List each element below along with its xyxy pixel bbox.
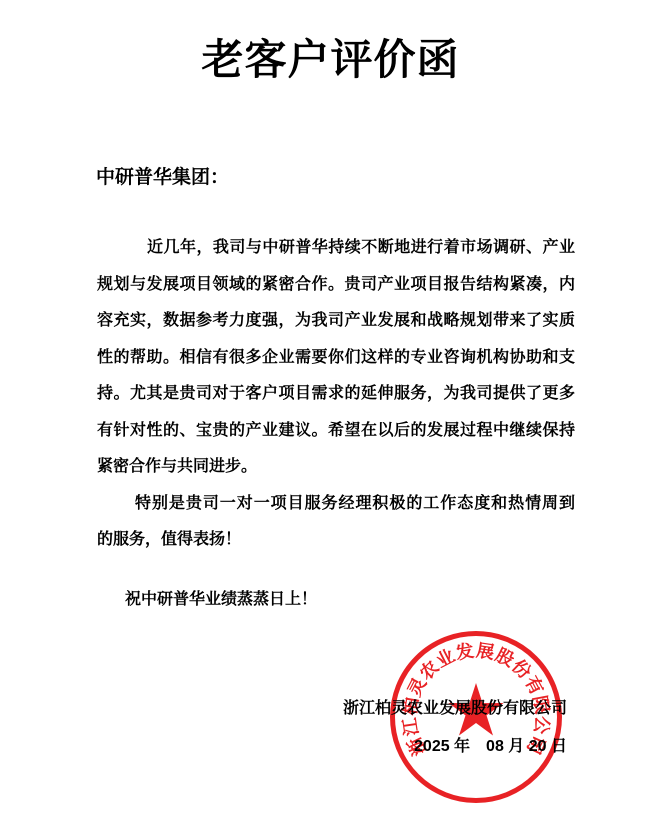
signature-block: 浙江柏灵农业发展股份有限公司 2025 年 08 月 20 日 [343,690,567,766]
body-line: 特别是贵司一对一项目服务经理积极的工作态度和热情周到 [97,486,575,523]
body-line: 性的帮助。相信有很多企业需要你们这样的专业咨询机构协助和支 [97,340,575,377]
signature-date: 2025 年 08 月 20 日 [343,728,567,766]
salutation: 中研普华集团： [96,166,229,190]
body-line: 有针对性的、宝贵的产业建议。希望在以后的发展过程中继续保持 [97,413,575,450]
body-line: 容充实，数据参考力度强，为我司产业发展和战略规划带来了实质 [97,303,575,340]
signature-company: 浙江柏灵农业发展股份有限公司 [343,690,567,728]
body-line: 规划与发展项目领域的紧密合作。贵司产业项目报告结构紧凑，内 [97,267,575,304]
body-line: 持。尤其是贵司对于客户项目需求的延伸服务，为我司提供了更多 [97,376,575,413]
closing-wish: 祝中研普华业绩蒸蒸日上！ [125,588,317,612]
body-line: 的服务，值得表扬！ [97,522,575,559]
letter-title: 老客户评价函 [0,36,661,84]
body-line: 紧密合作与共同进步。 [97,449,575,486]
letter-body: 近几年，我司与中研普华持续不断地进行着市场调研、产业规划与发展项目领域的紧密合作… [97,230,575,559]
body-line: 近几年，我司与中研普华持续不断地进行着市场调研、产业 [97,230,575,267]
letter-page: 老客户评价函 中研普华集团： 近几年，我司与中研普华持续不断地进行着市场调研、产… [0,0,661,837]
